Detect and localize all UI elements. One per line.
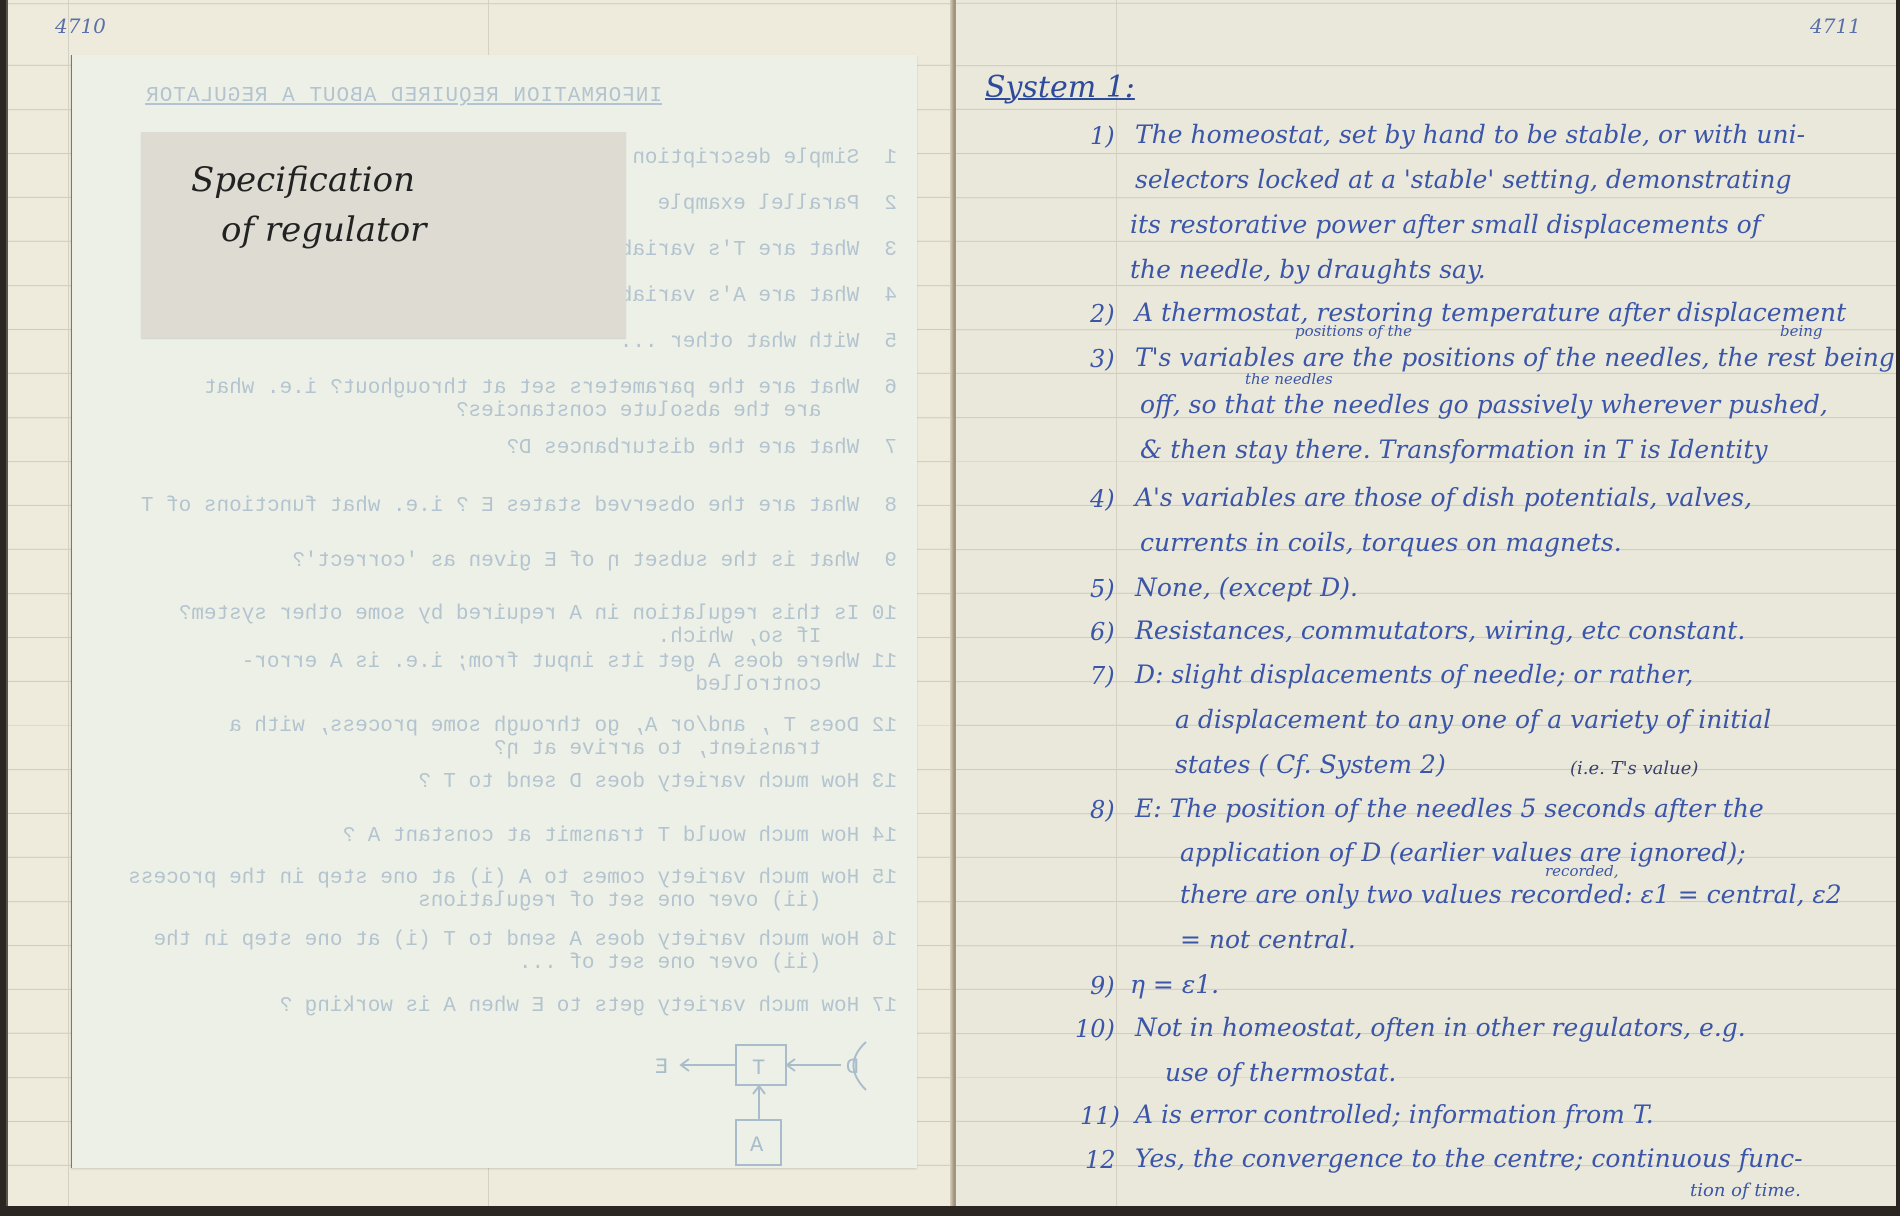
typed-question: 16 How much variety does A send to T (i)…	[153, 929, 897, 975]
item-number: 6)	[1090, 618, 1115, 646]
typed-question: 3 What are T's variables	[582, 239, 897, 262]
answer-line: application of D (earlier values are ign…	[1180, 838, 1746, 867]
diagram-node-E: E	[655, 1055, 668, 1080]
insertion-note: the needles	[1245, 370, 1333, 388]
item-number: 9)	[1090, 972, 1115, 1000]
typed-sheet-title: INFORMATION REQUIRED ABOUT A REGULATOR	[145, 85, 662, 108]
typed-question: 17 How much variety gets to E when A is …	[279, 995, 897, 1018]
typed-question: 11 Where does A get its input from; i.e.…	[242, 651, 897, 697]
diagram-node-D: D	[846, 1055, 859, 1080]
insertion-note: positions of the	[1295, 322, 1412, 340]
label-line-1: Specification	[191, 160, 415, 200]
answer-line: states ( Cf. System 2)	[1175, 750, 1446, 779]
typed-question: 1 Simple description	[632, 147, 897, 170]
typed-question: 15 How much variety comes to A (i) at on…	[128, 867, 897, 913]
item-number: 3)	[1090, 345, 1115, 373]
margin-line	[68, 0, 69, 1206]
margin-line	[1116, 0, 1117, 1206]
label-line-2: of regulator	[221, 210, 426, 250]
item-number: 10)	[1075, 1015, 1115, 1043]
answer-line: use of thermostat.	[1165, 1058, 1396, 1087]
item-number: 4)	[1090, 485, 1115, 513]
page-number-right: 4711	[1810, 14, 1861, 38]
typed-question: 8 What are the observed states E ? i.e. …	[141, 495, 897, 518]
typed-question: 6 What are the parameters set at through…	[204, 377, 897, 423]
answer-line: Not in homeostat, often in other regulat…	[1135, 1013, 1746, 1042]
typed-question: 4 What are A's variables	[582, 285, 897, 308]
answer-line: there are only two values recorded: ε1 =…	[1180, 880, 1842, 909]
inserted-typed-sheet: INFORMATION REQUIRED ABOUT A REGULATOR 1…	[71, 55, 917, 1168]
item-number: 1)	[1090, 122, 1115, 150]
typed-question: 5 With what other ...	[620, 331, 897, 354]
answer-line: off, so that the needles go passively wh…	[1140, 390, 1828, 419]
diagram-node-A: A	[750, 1133, 764, 1158]
answer-line: & then stay there. Transformation in T i…	[1140, 435, 1768, 464]
answer-line: tion of time.	[1690, 1180, 1801, 1201]
answer-line: η = ε1.	[1130, 970, 1219, 999]
typed-question: 9 What is the subset η of E given as 'co…	[292, 550, 897, 573]
answer-line: its restorative power after small displa…	[1130, 210, 1761, 239]
answer-line: a displacement to any one of a variety o…	[1175, 705, 1771, 734]
answer-line: A thermostat, restoring temperature afte…	[1135, 298, 1846, 327]
answer-line: Resistances, commutators, wiring, etc co…	[1135, 616, 1745, 645]
answer-line: None, (except D).	[1135, 573, 1358, 602]
insertion-note: recorded,	[1545, 862, 1619, 880]
item-number: 5)	[1090, 575, 1115, 603]
item-number: 12	[1085, 1146, 1116, 1174]
answer-line: A is error controlled; information from …	[1135, 1100, 1654, 1129]
answer-line: selectors locked at a 'stable' setting, …	[1135, 165, 1791, 194]
item-number: 11)	[1080, 1102, 1120, 1130]
insertion-note: being	[1780, 322, 1823, 340]
item-number: 8)	[1090, 796, 1115, 824]
regulator-block-diagram: T A D E	[641, 1030, 891, 1170]
answer-line: D: slight displacements of needle; or ra…	[1135, 660, 1693, 689]
typed-question: 7 What are the disturbances D?	[506, 437, 897, 460]
system-heading: System 1:	[985, 70, 1135, 105]
diagram-node-T: T	[752, 1056, 765, 1081]
answer-line: = not central.	[1180, 925, 1356, 954]
typed-question: 12 Does T , and/or A, go through some pr…	[229, 715, 897, 761]
typed-question: 13 How much variety does D send to T ?	[418, 771, 897, 794]
answer-line: E: The position of the needles 5 seconds…	[1135, 794, 1764, 823]
answer-line: the needle, by draughts say.	[1130, 255, 1486, 284]
answer-line: Yes, the convergence to the centre; cont…	[1135, 1144, 1803, 1173]
typed-question: 2 Parallel example	[658, 193, 897, 216]
answer-line: A's variables are those of dish potentia…	[1135, 483, 1752, 512]
answer-line: The homeostat, set by hand to be stable,…	[1135, 120, 1805, 149]
page-number-left: 4710	[55, 14, 106, 38]
item-number: 7)	[1090, 662, 1115, 690]
annotation-note: (i.e. T's value)	[1570, 758, 1698, 779]
typed-question: 14 How much would T transmit at constant…	[343, 825, 898, 848]
answer-line: currents in coils, torques on magnets.	[1140, 528, 1622, 557]
book-bottom-edge	[0, 1206, 1900, 1216]
typed-question: 10 Is this regulation in A required by s…	[179, 603, 897, 649]
pasted-label-card: Specification of regulator	[141, 132, 626, 338]
item-number: 2)	[1090, 300, 1115, 328]
answer-line: T's variables are the positions of the n…	[1135, 343, 1900, 372]
